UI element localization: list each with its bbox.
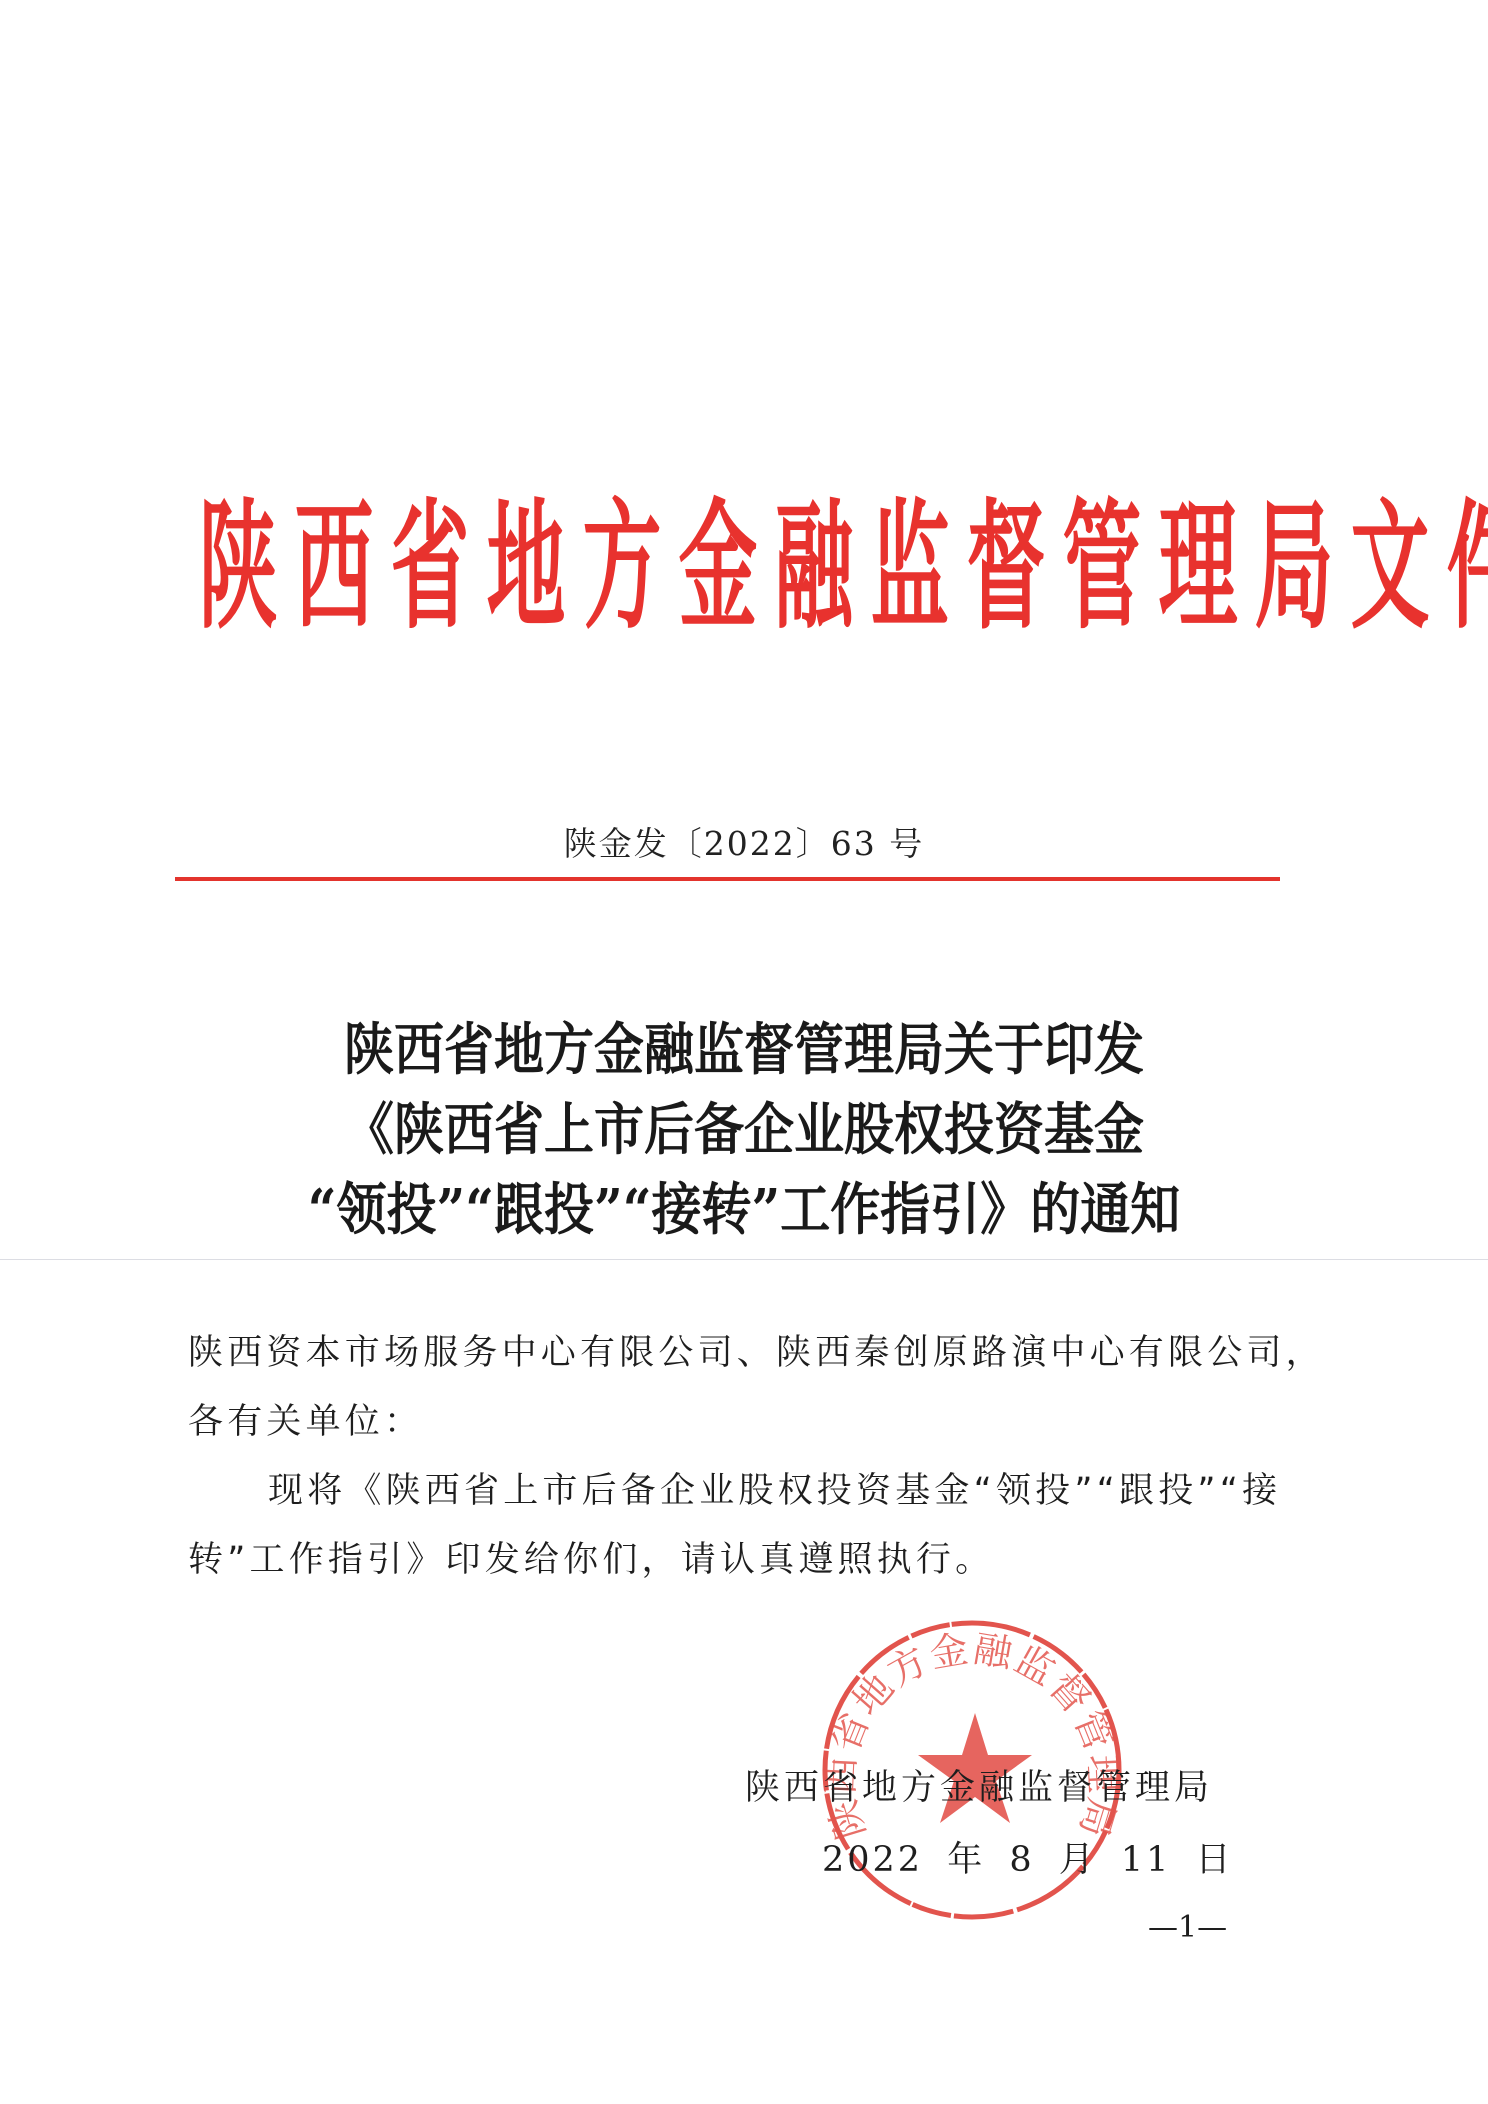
header-char: 件 bbox=[1447, 497, 1488, 636]
page-number: —1— bbox=[1148, 1910, 1227, 1945]
notice-body: 陕西资本市场服务中心有限公司、陕西秦创原路演中心有限公司， 各有关单位： 现将《… bbox=[188, 1325, 1288, 1601]
header-char: 陕 bbox=[199, 497, 278, 636]
notice-title-line-2: 《陕西省上市后备企业股权投资基金 bbox=[344, 1085, 1144, 1175]
header-char: 方 bbox=[583, 497, 662, 636]
header-char: 监 bbox=[871, 497, 950, 636]
document-number: 陕金发〔2022〕63 号 bbox=[0, 818, 1488, 865]
header-char: 省 bbox=[391, 497, 470, 636]
recipients-line-2: 各有关单位： bbox=[188, 1394, 1288, 1463]
header-char: 督 bbox=[967, 497, 1046, 636]
header-char: 西 bbox=[295, 497, 374, 636]
paragraph-line-1: 现将《陕西省上市后备企业股权投资基金“领投”“跟投”“接 bbox=[188, 1463, 1288, 1532]
document-page: 陕 西 省 地 方 金 融 监 督 管 理 局 文 件 陕金发〔2022〕63 … bbox=[0, 0, 1488, 2104]
issuer-header-title: 陕 西 省 地 方 金 融 监 督 管 理 局 文 件 bbox=[190, 492, 1280, 642]
header-char: 管 bbox=[1063, 497, 1142, 636]
paragraph-line-2: 转”工作指引》印发给你们，请认真遵照执行。 bbox=[188, 1532, 1288, 1601]
signature-issuer: 陕西省地方金融监督管理局 bbox=[745, 1760, 1213, 1810]
header-char: 金 bbox=[679, 497, 758, 636]
header-char: 地 bbox=[487, 497, 566, 636]
red-divider-line bbox=[175, 877, 1280, 881]
header-char: 理 bbox=[1159, 497, 1238, 636]
header-char: 融 bbox=[775, 497, 854, 636]
header-char: 局 bbox=[1255, 497, 1334, 636]
header-char: 文 bbox=[1351, 497, 1430, 636]
signature-date: 2022 年 8 月 11 日 bbox=[822, 1832, 1234, 1882]
notice-title-line-1: 陕西省地方金融监督管理局关于印发 bbox=[344, 1005, 1144, 1095]
scan-fold-line bbox=[0, 1259, 1488, 1260]
recipients-line-1: 陕西资本市场服务中心有限公司、陕西秦创原路演中心有限公司， bbox=[188, 1325, 1288, 1394]
notice-title: 陕西省地方金融监督管理局关于印发 《陕西省上市后备企业股权投资基金 “领投”“跟… bbox=[0, 1010, 1488, 1250]
notice-title-line-3: “领投”“跟投”“接转”工作指引》的通知 bbox=[308, 1165, 1181, 1255]
